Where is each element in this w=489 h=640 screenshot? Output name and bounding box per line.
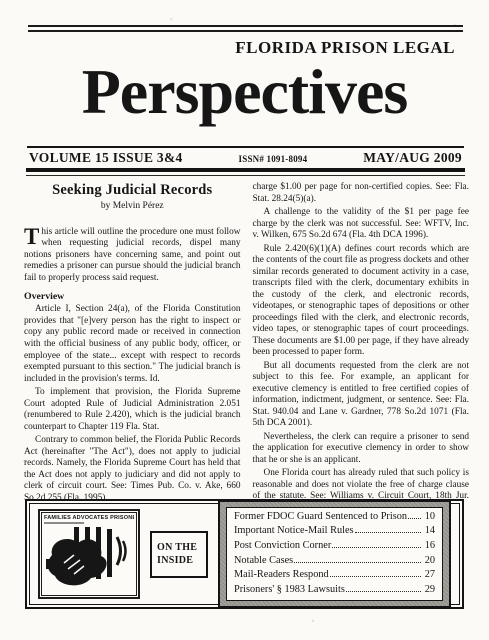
toc-item: Notable Cases 20 [234,554,435,569]
masthead-title: Perspectives [0,60,489,124]
paragraph: A challenge to the validity of the $1 pe… [253,207,470,242]
toc-item-label: Important Notice-Mail Rules [234,524,354,539]
toc-item: Post Conviction Corner 16 [234,539,435,554]
article-intro-paragraph: This article will outline the procedure … [24,227,241,285]
toc-leader-dots [408,518,421,519]
toc-page-number: 10 [422,510,435,525]
issue-date-label: MAY/AUG 2009 [363,150,462,166]
top-double-rule [28,25,463,32]
toc-page-number: 14 [422,524,435,539]
toc-item-label: Notable Cases [234,554,293,569]
intro-text: his article will outline the procedure o… [24,227,241,283]
table-of-contents: Former FDOC Guard Sentenced to Prison 10… [218,500,451,609]
toc-item: Mail-Readers Respond 27 [234,568,435,583]
toc-item-label: Prisoners' § 1983 Lawsuits [234,583,345,598]
paragraph-continuation: charge $1.00 per page for non-certified … [253,182,470,205]
left-column: Seeking Judicial Records by Melvin Pérez… [24,182,241,502]
issn-label: ISSN# 1091-8094 [239,154,308,164]
toc-item-label: Mail-Readers Respond [234,568,329,583]
toc-list: Former FDOC Guard Sentenced to Prison 10… [226,507,443,602]
paragraph: One Florida court has already ruled that… [253,468,470,502]
families-advocates-prisoners-logo: FAMILIES ADVOCATES PRISONERS [38,509,140,599]
toc-leader-dots [332,547,421,548]
on-the-inside-box: FAMILIES ADVOCATES PRISONERS [25,499,464,609]
toc-page-number: 20 [422,554,435,569]
masthead-info-bar: VOLUME 15 ISSUE 3&4 ISSN# 1091-8094 MAY/… [27,146,464,168]
toc-leader-dots [330,576,421,577]
toc-leader-dots [355,532,421,533]
toc-item: Important Notice-Mail Rules 14 [234,524,435,539]
section-heading-overview: Overview [24,291,241,303]
masthead-thin-rule [26,175,465,176]
article-title: Seeking Judicial Records [24,182,241,200]
newsletter-front-page: FLORIDA PRISON LEGAL Perspectives VOLUME… [0,0,489,640]
toc-leader-dots [346,591,421,592]
logo-caption: FAMILIES ADVOCATES PRISONERS [44,515,134,521]
toc-page-number: 16 [422,539,435,554]
paragraph: But all documents requested from the cle… [253,361,470,430]
drop-cap: T [24,227,41,245]
article-byline: by Melvin Pérez [24,201,241,213]
paragraph: Nevertheless, the clerk can require a pr… [253,432,470,467]
on-the-inside-inner: FAMILIES ADVOCATES PRISONERS [29,503,460,605]
on-the-inside-label: ON THE INSIDE [150,531,208,578]
paragraph: Contrary to common belief, the Florida P… [24,435,241,502]
toc-page-number: 27 [422,568,435,583]
right-column: charge $1.00 per page for non-certified … [253,182,470,502]
masthead-kicker: FLORIDA PRISON LEGAL [235,38,455,58]
toc-page-number: 29 [422,583,435,598]
toc-item-label: Post Conviction Corner [234,539,331,554]
logo-subline [44,522,84,524]
article-body: Seeking Judicial Records by Melvin Pérez… [24,182,469,502]
toc-item: Former FDOC Guard Sentenced to Prison 10 [234,510,435,525]
paragraph: Rule 2.420(6)(1)(A) defines court record… [253,244,470,359]
masthead-thick-rule [26,168,465,172]
paragraph: To implement that provision, the Florida… [24,387,241,433]
toc-item-label: Former FDOC Guard Sentenced to Prison [234,510,407,525]
toc-leader-dots [294,562,421,563]
hand-through-bars-icon [44,525,130,589]
toc-item: Prisoners' § 1983 Lawsuits 29 [234,583,435,598]
volume-issue-label: VOLUME 15 ISSUE 3&4 [29,150,183,166]
paragraph: Article I, Section 24(a), of the Florida… [24,304,241,385]
